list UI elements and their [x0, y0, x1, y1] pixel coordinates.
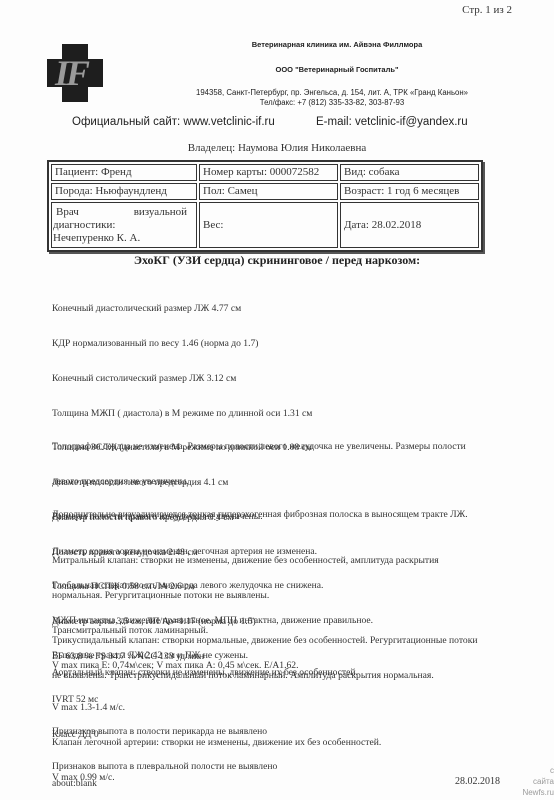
text-line: левого предсердия не увеличены. — [52, 476, 466, 488]
page-number: Стр. 1 из 2 — [462, 4, 512, 16]
additional-finding: Дополнительно визуализируется тонкая гип… — [52, 509, 468, 521]
doctor-label-word2: визуальной — [134, 206, 187, 219]
clinic-email: E-mail: vetclinic-if@yandex.ru — [316, 116, 468, 128]
measurement-line: КДР нормализованный по весу 1.46 (норма … — [52, 338, 312, 350]
patient-cell: Пациент: Френд — [51, 164, 197, 181]
text-line: Признаков выпота в полости перикарда не … — [52, 726, 277, 738]
doctor-label-word1: Врач — [56, 206, 79, 219]
watermark: с сайта Newfs.ru — [510, 765, 554, 798]
clinic-organization: ООО "Ветеринарный Госпиталь" — [0, 65, 554, 74]
doctor-label-line2: диагностики: — [53, 219, 193, 232]
weight-cell: Вес: — [199, 202, 338, 248]
effusion-section: Признаков выпота в полости перикарда не … — [52, 703, 277, 784]
table-row: Порода: Ньюфаундленд Пол: Самец Возраст:… — [51, 183, 479, 200]
report-title: ЭхоКГ (УЗИ сердца) скрининговое / перед … — [0, 253, 554, 268]
footer-url: about:blank — [52, 779, 97, 789]
owner-name: Владелец: Наумова Юлия Николаевна — [0, 142, 554, 154]
age-cell: Возраст: 1 год 6 месяцев — [340, 183, 479, 200]
table-row: Врач визуальной диагностики: Нечепуренко… — [51, 202, 479, 248]
text-line: Признаков выпота в плевральной полости н… — [52, 761, 277, 773]
clinic-address: 194358, Санкт-Петербург, пр. Энгельса, д… — [110, 88, 554, 98]
watermark-line: Newfs.ru — [510, 787, 554, 798]
footer-date: 28.02.2018 — [455, 776, 500, 787]
doctor-cell: Врач визуальной диагностики: Нечепуренко… — [51, 202, 197, 248]
watermark-line: сайта — [510, 776, 554, 787]
table-row: Пациент: Френд Номер карты: 000072582 Ви… — [51, 164, 479, 181]
species-cell: Вид: собака — [340, 164, 479, 181]
clinic-name: Ветеринарная клиника им. Айвэна Филлмора — [0, 40, 554, 49]
text-line: Топография сердца не изменена. Размеры п… — [52, 441, 466, 453]
measurement-line: Конечный диастолический размер ЛЖ 4.77 с… — [52, 303, 312, 315]
date-cell: Дата: 28.02.2018 — [340, 202, 479, 248]
text-line: Аортальный клапан: створки не изменены, … — [52, 667, 381, 679]
measurement-line: Конечный систолический размер ЛЖ 3.12 см — [52, 373, 312, 385]
clinic-website: Официальный сайт: www.vetclinic-if.ru — [72, 116, 275, 128]
watermark-line: с — [510, 765, 554, 776]
card-number-cell: Номер карты: 000072582 — [199, 164, 338, 181]
text-line: нормальная. Регургитационные потоки не в… — [52, 590, 439, 602]
doctor-name: Нечепуренко К. А. — [53, 232, 193, 245]
sex-cell: Пол: Самец — [199, 183, 338, 200]
clinic-contacts: 194358, Санкт-Петербург, пр. Энгельса, д… — [0, 88, 554, 108]
patient-info-table: Пациент: Френд Номер карты: 000072582 Ви… — [47, 160, 483, 252]
breed-cell: Порода: Ньюфаундленд — [51, 183, 197, 200]
text-line: Митральный клапан: створки не изменены, … — [52, 555, 439, 567]
doctor-label: Врач визуальной — [53, 206, 193, 219]
clinic-phone: Тел/факс: +7 (812) 335-33-82, 303-87-93 — [110, 98, 554, 108]
